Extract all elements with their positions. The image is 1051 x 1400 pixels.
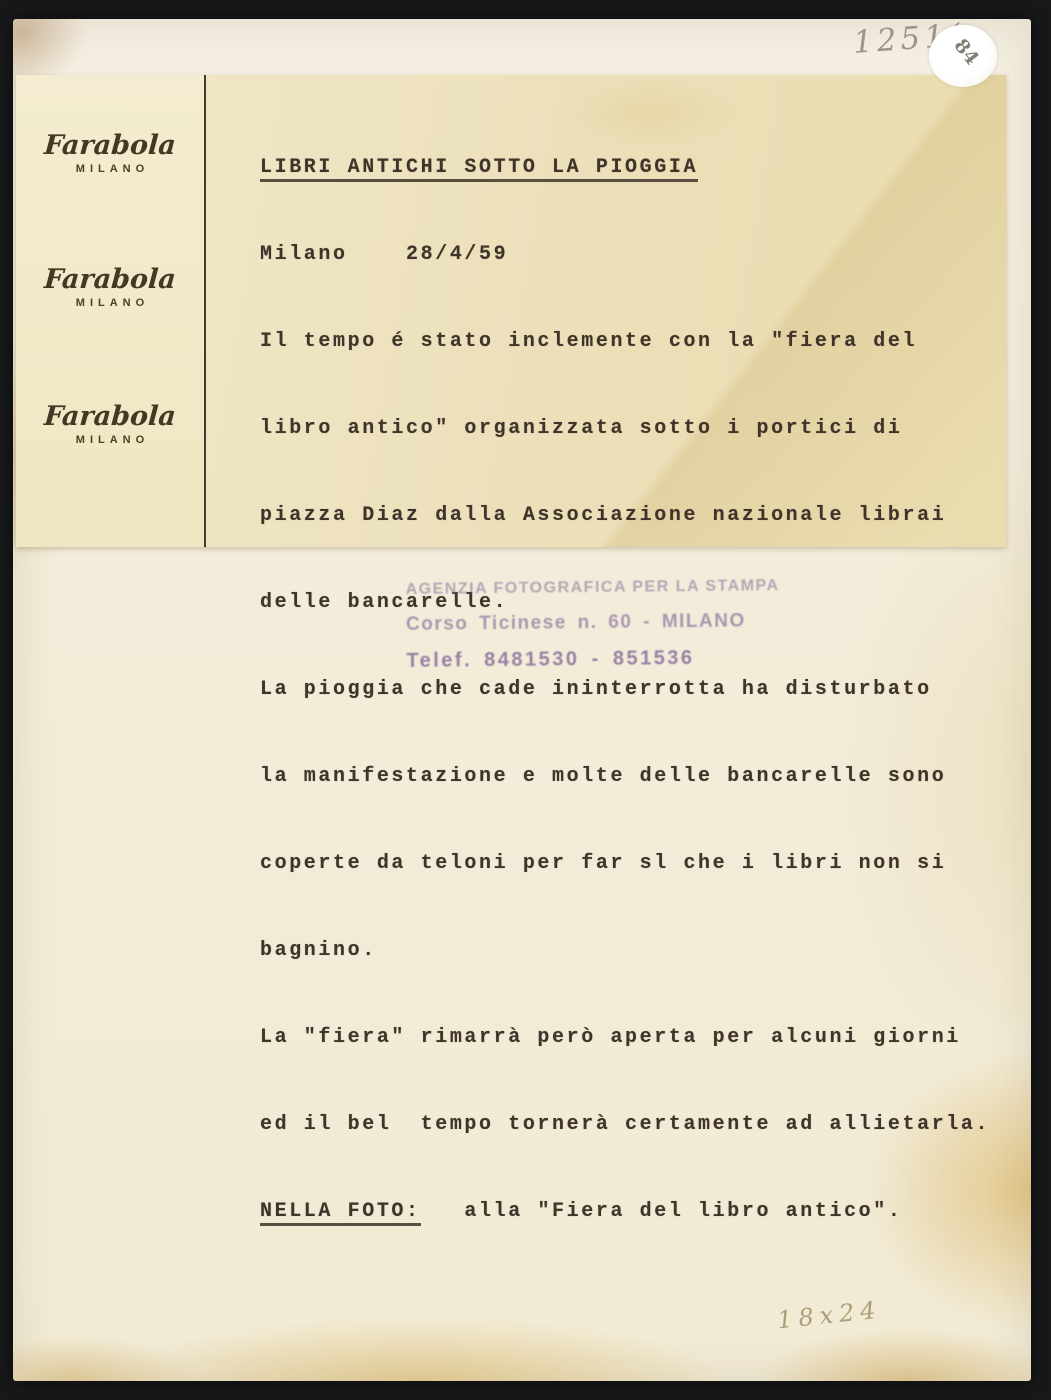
paper-sticker: 84 xyxy=(929,25,997,87)
sticker-mark: 84 xyxy=(949,35,983,69)
caption-body-line: coperte da teloni per far sl che i libri… xyxy=(260,849,992,878)
caption-body-line: libro antico" organizzata sotto i portic… xyxy=(260,414,992,443)
caption-body-line: ed il bel tempo tornerà certamente ad al… xyxy=(260,1110,992,1139)
caption-title: LIBRI ANTICHI SOTTO LA PIOGGIA xyxy=(260,153,992,182)
farabola-logo-text: Farabola xyxy=(15,131,205,161)
caption-body-line: piazza Diaz dalla Associazione nazionale… xyxy=(260,501,992,530)
caption-photo-text: alla "Fiera del libro antico". xyxy=(421,1200,903,1223)
caption-body-line: bagnino. xyxy=(260,936,992,965)
caption-slip: Farabola MILANO Farabola MILANO Farabola… xyxy=(16,75,1006,547)
caption-body-line: Il tempo é stato inclemente con la "fier… xyxy=(260,327,992,356)
farabola-city-label: MILANO xyxy=(16,297,204,309)
caption-body-line: La "fiera" rimarrà però aperta per alcun… xyxy=(260,1023,992,1052)
caption-body-line: la manifestazione e molte delle bancarel… xyxy=(260,762,992,791)
farabola-logo-text: Farabola xyxy=(15,402,205,432)
agency-logo-column: Farabola MILANO Farabola MILANO Farabola… xyxy=(16,75,206,547)
farabola-city-label: MILANO xyxy=(16,163,204,175)
agency-stamp: AGENZIA FOTOGRAFICA PER LA STAMPA Corso … xyxy=(406,577,781,673)
farabola-logo: Farabola MILANO xyxy=(16,131,204,175)
farabola-logo: Farabola MILANO xyxy=(16,402,204,446)
farabola-logo: Farabola MILANO xyxy=(16,265,204,309)
farabola-city-label: MILANO xyxy=(16,434,204,446)
typed-caption: LIBRI ANTICHI SOTTO LA PIOGGIA Milano 28… xyxy=(260,95,992,1284)
print-size-note: 18x24 xyxy=(776,1296,883,1335)
photo-back-card: Farabola MILANO Farabola MILANO Farabola… xyxy=(13,19,1031,1381)
caption-photo-line: NELLA FOTO: alla "Fiera del libro antico… xyxy=(260,1197,992,1226)
stamp-address: Corso Ticinese n. 60 - MILANO xyxy=(406,610,780,636)
caption-title-text: LIBRI ANTICHI SOTTO LA PIOGGIA xyxy=(260,156,698,182)
scan-background: { "slip": { "agency": { "name": "Farabol… xyxy=(0,0,1051,1400)
caption-dateline: Milano 28/4/59 xyxy=(260,240,992,269)
caption-body-line: La pioggia che cade ininterrotta ha dist… xyxy=(260,675,992,704)
farabola-logo-text: Farabola xyxy=(15,265,205,295)
caption-photo-label: NELLA FOTO: xyxy=(260,1200,421,1226)
stamp-agency-name: AGENZIA FOTOGRAFICA PER LA STAMPA xyxy=(406,577,780,599)
stamp-phone: Telef. 8481530 - 851536 xyxy=(406,646,780,673)
